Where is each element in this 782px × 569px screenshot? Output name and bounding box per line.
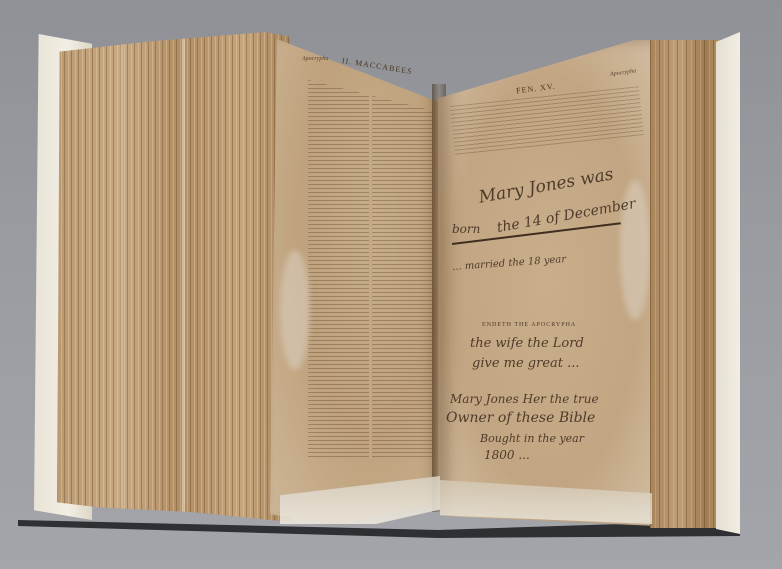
handwriting-line: Mary Jones Her the true <box>450 392 599 406</box>
handwriting-line: give me great ... <box>472 356 580 371</box>
right-page-edges <box>650 40 720 528</box>
right-cover <box>716 32 740 534</box>
book-photo: II. MACCABEES Apocrypha FEN. XV. Apocryp… <box>0 0 782 569</box>
handwriting-line: Bought in the year <box>480 432 584 445</box>
handwriting-line: 1800 ... <box>484 448 530 462</box>
left-page-text <box>308 80 432 460</box>
left-page-edges <box>50 32 290 522</box>
printed-caption: ENDETH THE APOCRYPHA <box>482 322 576 328</box>
page-stain <box>280 250 310 370</box>
handwriting-line: Owner of these Bible <box>446 410 595 426</box>
handwriting-line: the wife the Lord <box>470 336 584 351</box>
handwriting-line: born <box>452 222 480 236</box>
left-corner-word: Apocrypha <box>302 56 328 62</box>
